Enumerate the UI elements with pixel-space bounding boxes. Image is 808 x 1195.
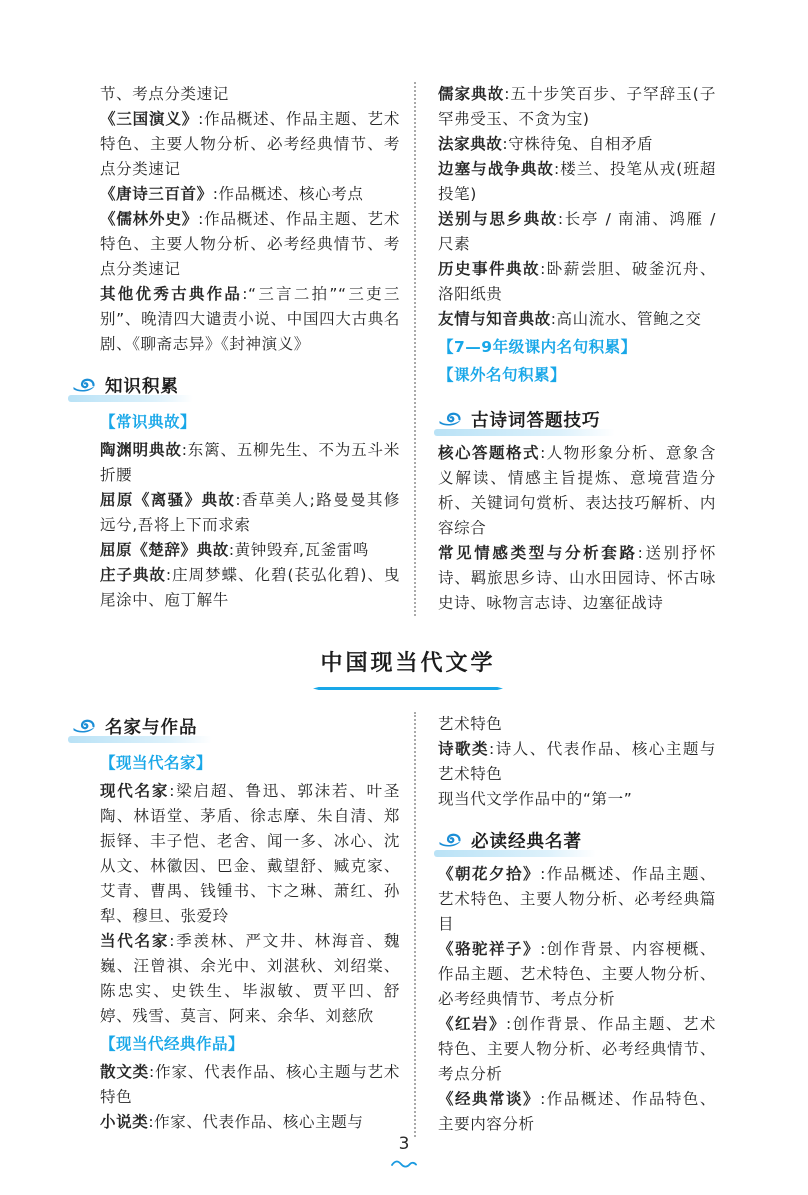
- section-title: 必读经典名著: [471, 828, 582, 853]
- paragraph: 核心答题格式:人物形象分析、意象含义解读、情感主旨提炼、意境营造分析、关键词句赏…: [438, 441, 716, 541]
- page-footer: 3: [0, 1134, 808, 1173]
- paragraph: 友情与知音典故:高山流水、管鲍之交: [438, 307, 716, 332]
- wave-icon: [72, 719, 96, 734]
- page-number: 3: [0, 1134, 808, 1154]
- bottom-left-column: 名家与作品 【现当代名家】 现代名家:梁启超、鲁迅、郭沫若、叶圣陶、林语堂、茅盾…: [100, 712, 400, 1137]
- subsection-tag: 【常识典故】: [100, 410, 400, 435]
- subsection-tag: 【7—9年级课内名句积累】: [438, 335, 716, 360]
- book-page: 节、考点分类速记 《三国演义》:作品概述、作品主题、艺术特色、主要人物分析、必考…: [0, 0, 808, 1195]
- subsection-tag: 【现当代经典作品】: [100, 1032, 400, 1057]
- section-title: 知识积累: [105, 373, 179, 398]
- paragraph: 《骆驼祥子》:创作背景、内容梗概、作品主题、艺术特色、主要人物分析、必考经典情节…: [438, 937, 716, 1012]
- top-columns: 节、考点分类速记 《三国演义》:作品概述、作品主题、艺术特色、主要人物分析、必考…: [100, 82, 716, 616]
- paragraph: 节、考点分类速记: [100, 82, 400, 107]
- paragraph: 散文类:作家、代表作品、核心主题与艺术特色: [100, 1060, 400, 1110]
- bottom-right-column: 艺术特色 诗歌类:诗人、代表作品、核心主题与艺术特色 现当代文学作品中的“第一”…: [416, 712, 716, 1137]
- subsection-tag: 【课外名句积累】: [438, 363, 716, 388]
- paragraph: 常见情感类型与分析套路:送别抒怀诗、羁旅思乡诗、山水田园诗、怀古咏史诗、咏物言志…: [438, 541, 716, 616]
- chapter-heading: 中国现当代文学: [100, 646, 716, 690]
- section-title: 古诗词答题技巧: [471, 407, 601, 432]
- paragraph: 法家典故:守株待兔、自相矛盾: [438, 132, 716, 157]
- top-right-column: 儒家典故:五十步笑百步、子罕辞玉(子罕弗受玉、不贪为宝) 法家典故:守株待兔、自…: [416, 82, 716, 616]
- wave-icon: [438, 833, 462, 848]
- paragraph: 当代名家:季羡林、严文井、林海音、魏巍、汪曾祺、余光中、刘湛秋、刘绍棠、陈忠实、…: [100, 929, 400, 1029]
- paragraph: 诗歌类:诗人、代表作品、核心主题与艺术特色: [438, 737, 716, 787]
- paragraph: 儒家典故:五十步笑百步、子罕辞玉(子罕弗受玉、不贪为宝): [438, 82, 716, 132]
- paragraph: 小说类:作家、代表作品、核心主题与: [100, 1110, 400, 1135]
- paragraph: 《朝花夕拾》:作品概述、作品主题、艺术特色、主要人物分析、必考经典篇目: [438, 862, 716, 937]
- wave-icon: [438, 412, 462, 427]
- subsection-tag: 【现当代名家】: [100, 751, 400, 776]
- chapter-title: 中国现当代文学: [100, 646, 716, 677]
- paragraph: 《唐诗三百首》:作品概述、核心考点: [100, 182, 400, 207]
- paragraph: 送别与思乡典故:长亭 / 南浦、鸿雁 / 尺素: [438, 207, 716, 257]
- wave-icon: [72, 378, 96, 393]
- section-header-poetry-skills: 古诗词答题技巧: [438, 407, 601, 432]
- paragraph: 《三国演义》:作品概述、作品主题、艺术特色、主要人物分析、必考经典情节、考点分类…: [100, 107, 400, 182]
- top-left-column: 节、考点分类速记 《三国演义》:作品概述、作品主题、艺术特色、主要人物分析、必考…: [100, 82, 400, 616]
- paragraph: 屈原《楚辞》典故:黄钟毁弃,瓦釜雷鸣: [100, 538, 400, 563]
- section-header-authors-works: 名家与作品: [72, 714, 198, 739]
- paragraph: 庄子典故:庄周梦蝶、化碧(苌弘化碧)、曳尾涂中、庖丁解牛: [100, 563, 400, 613]
- section-header-knowledge: 知识积累: [72, 373, 179, 398]
- paragraph: 《红岩》:创作背景、作品主题、艺术特色、主要人物分析、必考经典情节、考点分析: [438, 1012, 716, 1087]
- bottom-columns: 名家与作品 【现当代名家】 现代名家:梁启超、鲁迅、郭沫若、叶圣陶、林语堂、茅盾…: [100, 712, 716, 1137]
- paragraph: 屈原《离骚》典故:香草美人;路曼曼其修远兮,吾将上下而求索: [100, 488, 400, 538]
- paragraph: 现当代文学作品中的“第一”: [438, 787, 716, 812]
- paragraph: 现代名家:梁启超、鲁迅、郭沫若、叶圣陶、林语堂、茅盾、徐志摩、朱自清、郑振铎、丰…: [100, 779, 400, 929]
- paragraph: 其他优秀古典作品:“三言二拍”“三吏三别”、晚清四大谴责小说、中国四大古典名剧、…: [100, 282, 400, 357]
- paragraph: 《经典常谈》:作品概述、作品特色、主要内容分析: [438, 1087, 716, 1137]
- paragraph: 陶渊明典故:东篱、五柳先生、不为五斗米折腰: [100, 438, 400, 488]
- paragraph: 历史事件典故:卧薪尝胆、破釜沉舟、洛阳纸贵: [438, 257, 716, 307]
- wave-ornament-icon: [391, 1159, 417, 1169]
- paragraph: 边塞与战争典故:楼兰、投笔从戎(班超投笔): [438, 157, 716, 207]
- paragraph: 艺术特色: [438, 712, 716, 737]
- section-header-classics: 必读经典名著: [438, 828, 582, 853]
- paragraph: 《儒林外史》:作品概述、作品主题、艺术特色、主要人物分析、必考经典情节、考点分类…: [100, 207, 400, 282]
- section-title: 名家与作品: [105, 714, 198, 739]
- chapter-title-underline: [313, 687, 503, 690]
